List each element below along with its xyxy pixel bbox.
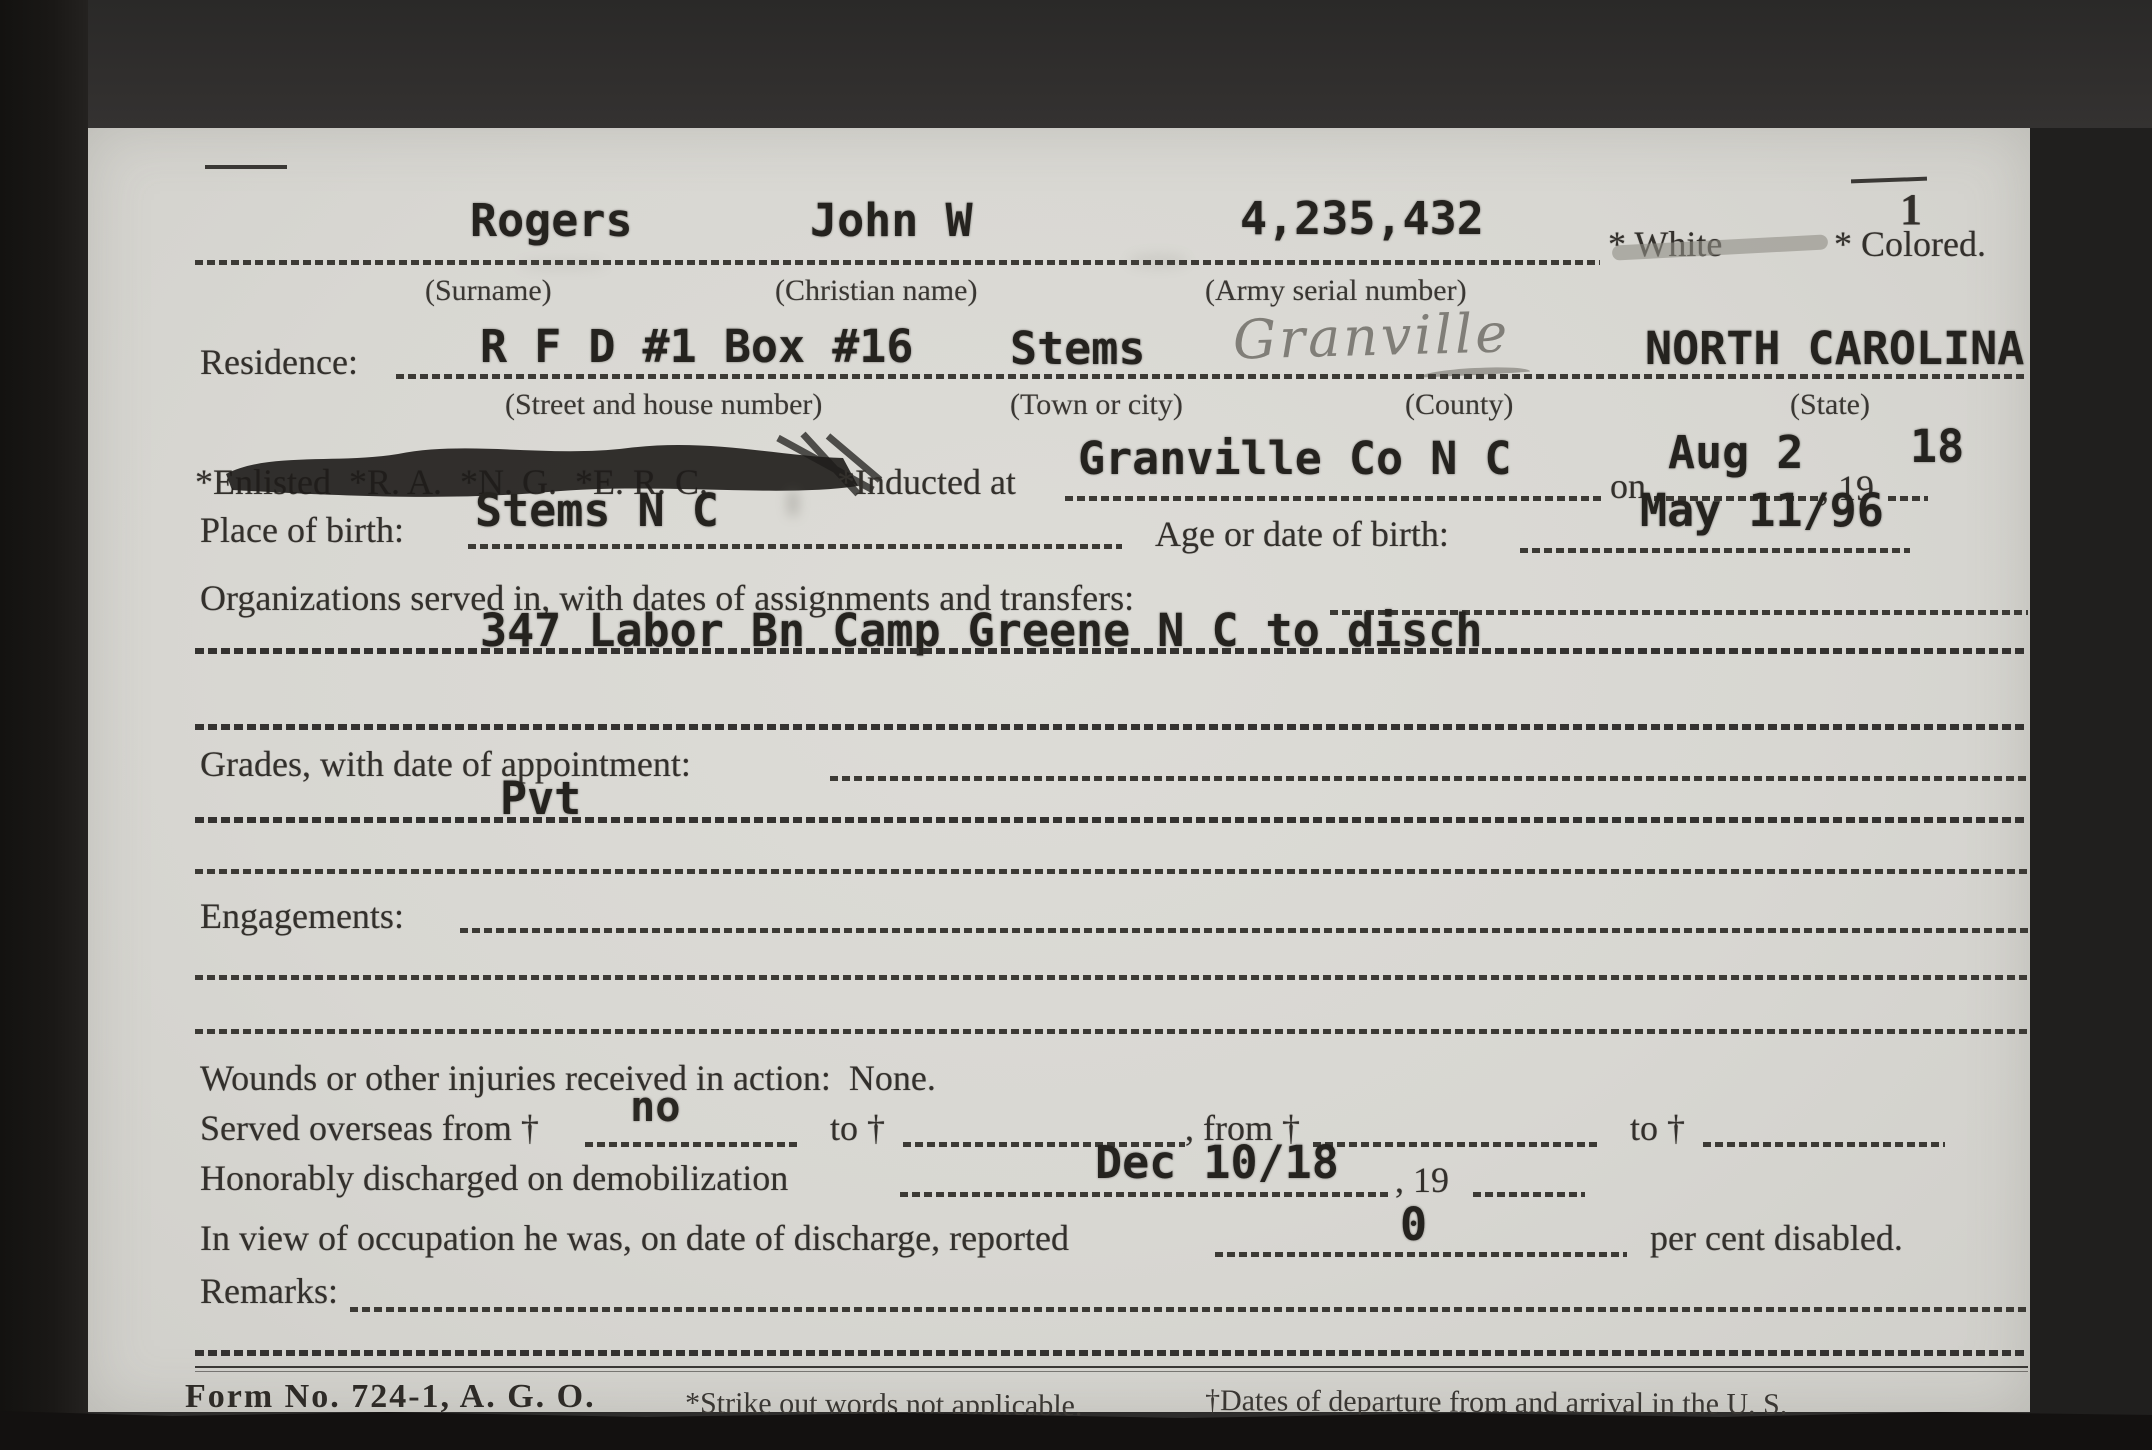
inducted-place-value: Granville Co N C xyxy=(1078,436,1511,481)
overseas-line-1 xyxy=(585,1142,800,1147)
overseas-to2-label: to † xyxy=(1630,1110,1685,1146)
scan-background-top xyxy=(88,0,2152,128)
wounds-label: Wounds or other injuries received in act… xyxy=(200,1060,936,1096)
name-row-line xyxy=(195,260,1600,265)
disability-suffix: per cent disabled. xyxy=(1650,1220,1903,1256)
state-value: NORTH CAROLINA xyxy=(1645,326,2024,371)
residence-row-line xyxy=(396,374,2026,379)
scan-background-right xyxy=(2030,128,2152,1450)
town-label: (Town or city) xyxy=(1010,390,1183,420)
disability-line xyxy=(1215,1252,1627,1257)
engagements-line-2 xyxy=(195,975,2028,980)
surname-label: (Surname) xyxy=(425,276,552,306)
overseas-line-4 xyxy=(1703,1142,1945,1147)
engagements-line-right xyxy=(460,928,2028,933)
place-of-birth-value: Stems N C xyxy=(475,488,719,533)
age-label: Age or date of birth: xyxy=(1155,516,1449,552)
grades-value: Pvt xyxy=(500,776,581,821)
county-label: (County) xyxy=(1405,390,1513,420)
inducted-label: *Inducted at xyxy=(837,464,1016,500)
scan-smudge xyxy=(518,260,608,270)
top-left-mark xyxy=(205,165,287,169)
remarks-label: Remarks: xyxy=(200,1273,338,1309)
christian-name-label: (Christian name) xyxy=(775,276,977,306)
scan-smudge xyxy=(788,490,798,516)
wounds-label-text: Wounds or other injuries received in act… xyxy=(200,1058,831,1098)
serial-number-label: (Army serial number) xyxy=(1205,276,1467,306)
grades-label: Grades, with date of appointment: xyxy=(200,746,691,782)
county-value-handwritten: Granville xyxy=(1232,306,1511,367)
scan-smudge xyxy=(1128,254,1188,268)
state-label: (State) xyxy=(1790,390,1870,420)
christian-name-value: John W xyxy=(810,198,973,243)
induction-date-value: Aug 2 xyxy=(1668,430,1803,475)
disability-value: 0 xyxy=(1400,1202,1427,1247)
discharge-year-label: , 19 xyxy=(1395,1162,1449,1198)
discharge-date-value: Dec 10/18 xyxy=(1095,1140,1339,1185)
discharge-year-line xyxy=(1473,1192,1585,1197)
street-value: R F D #1 Box #16 xyxy=(480,324,913,369)
induction-year-value: 18 xyxy=(1910,424,1964,469)
organizations-line-3 xyxy=(195,724,2028,730)
residence-label: Residence: xyxy=(200,344,358,380)
footer-rule-2 xyxy=(195,1371,2028,1372)
street-label: (Street and house number) xyxy=(505,390,822,420)
wounds-value: None. xyxy=(849,1058,936,1098)
town-value: Stems xyxy=(1010,326,1145,371)
place-of-birth-line xyxy=(468,544,1122,549)
grades-line-2 xyxy=(195,817,2028,823)
organizations-value: 347 Labor Bn Camp Greene N C to disch xyxy=(480,608,1482,653)
age-line xyxy=(1520,548,1910,553)
footer-rule xyxy=(195,1366,2028,1368)
race-option-colored: * Colored. xyxy=(1834,226,1986,262)
overseas-label: Served overseas from † xyxy=(200,1110,539,1146)
discharge-line xyxy=(900,1192,1392,1197)
engagements-label: Engagements: xyxy=(200,898,404,934)
grades-line-right xyxy=(830,776,2028,781)
overseas-to1-label: to † xyxy=(830,1110,885,1146)
place-of-birth-label: Place of birth: xyxy=(200,512,404,548)
induction-year-line xyxy=(1888,496,1928,501)
discharge-label: Honorably discharged on demobilization xyxy=(200,1160,788,1196)
scanned-service-record: 1 Rogers John W 4,235,432 * White * Colo… xyxy=(0,0,2152,1450)
age-value: May 11/96 xyxy=(1640,488,1884,533)
form-number: Form No. 724-1, A. G. O. xyxy=(185,1380,596,1414)
disability-label: In view of occupation he was, on date of… xyxy=(200,1220,1069,1256)
footer-dashed-line xyxy=(195,1350,2028,1356)
record-card: 1 Rogers John W 4,235,432 * White * Colo… xyxy=(88,128,2030,1412)
surname-value: Rogers xyxy=(470,198,633,243)
page-number-overline xyxy=(1851,177,1927,184)
remarks-line xyxy=(350,1307,2028,1312)
grades-line-3 xyxy=(195,869,2028,874)
organizations-line-2 xyxy=(195,648,2028,654)
engagements-line-3 xyxy=(195,1029,2028,1034)
overseas-no-value: no xyxy=(630,1086,681,1128)
inducted-line xyxy=(1065,496,1605,501)
scan-background-left xyxy=(0,0,88,1450)
serial-number-value: 4,235,432 xyxy=(1240,196,1484,241)
overseas-line-3 xyxy=(1313,1142,1600,1147)
